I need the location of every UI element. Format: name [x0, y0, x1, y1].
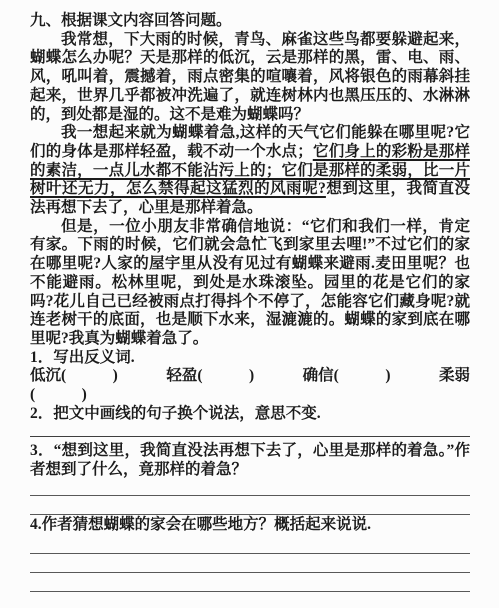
question-3-label: 3．“想到这里，我简直没法再想下去了，心里是那样的着急。”作者想到了什么，竟那样…	[30, 442, 470, 479]
antonym-item-qingying: 轻盈( )	[166, 367, 254, 386]
reading-passage: 我常想，下大雨的时候，青鸟、麻雀这些鸟都要躲避起来，蝴蝶怎么办呢？天是那样的低沉…	[30, 31, 470, 349]
question-4-label: 4.作者猜想蝴蝶的家会在哪些地方？概括起来说说.	[30, 516, 470, 535]
antonym-item-quexin: 确信( )	[303, 367, 391, 386]
section-divider-line	[30, 436, 470, 437]
question-1-label: 1．写出反义词.	[30, 349, 470, 368]
answer-line	[30, 535, 470, 554]
answer-line	[30, 573, 470, 592]
answer-line	[30, 480, 470, 496]
antonym-blank-row-2: ( )	[30, 386, 470, 405]
answer-line	[30, 554, 470, 573]
answer-line	[30, 496, 470, 515]
question-2-label: 2．把文中画线的句子换个说法，意思不变.	[30, 405, 470, 424]
passage-paragraph-3: 但是，一位小朋友非常确信地说：“它们和我们一样，肯定有家。下雨的时候，它们就会急…	[30, 218, 470, 349]
antonym-item-rouruo: 柔弱	[439, 367, 470, 386]
passage-paragraph-2: 我一想起来就为蝴蝶着急,这样的天气它们能躲在哪里呢?它们的身体是那样轻盈，载不动…	[30, 124, 470, 218]
passage-paragraph-1: 我常想，下大雨的时候，青鸟、麻雀这些鸟都要躲避起来，蝴蝶怎么办呢？天是那样的低沉…	[30, 31, 470, 125]
worksheet-page: 九、根据课文内容回答问题。 我常想，下大雨的时候，青鸟、麻雀这些鸟都要躲避起来，…	[0, 0, 499, 608]
antonym-blank-row-1: 低沉( ) 轻盈( ) 确信( ) 柔弱	[30, 367, 470, 386]
section-heading: 九、根据课文内容回答问题。	[30, 12, 470, 31]
antonym-item-dichen: 低沉( )	[30, 367, 118, 386]
